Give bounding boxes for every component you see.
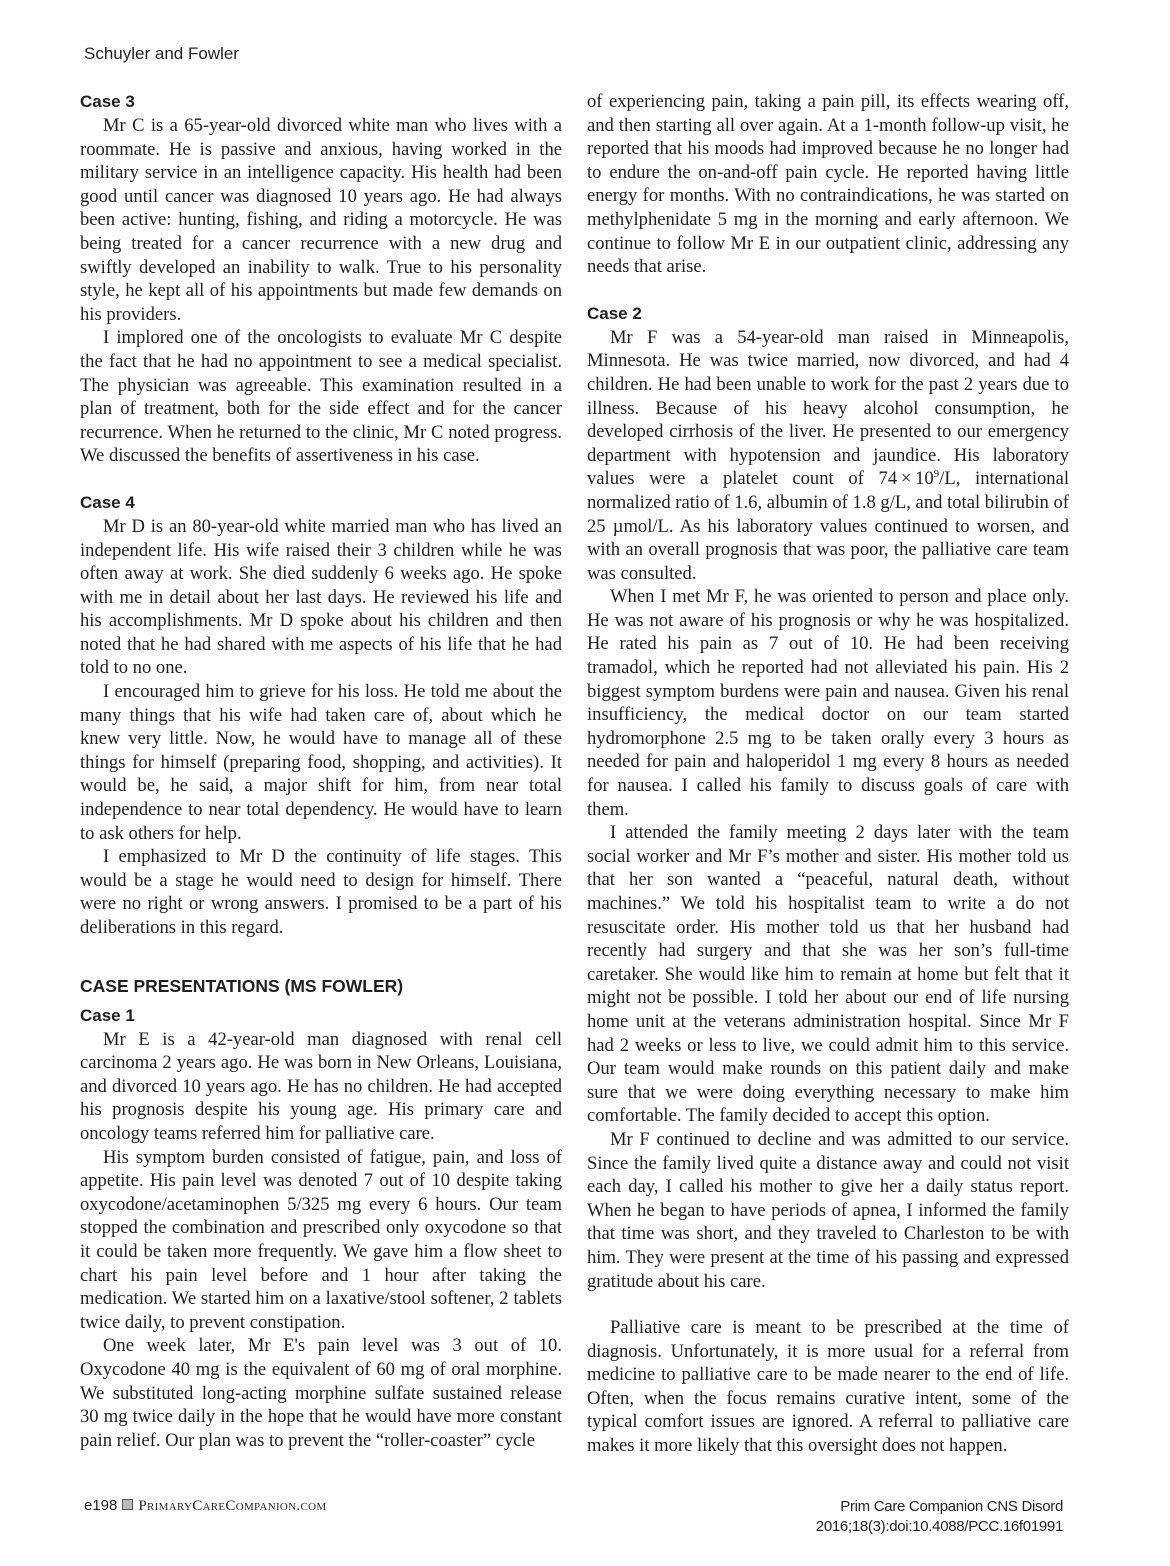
case-1-continuation: of experiencing pain, taking a pain pill… (587, 90, 1069, 279)
case-3-paragraph: Mr C is a 65-year-old divorced white man… (80, 114, 562, 326)
case-4-paragraph: I encouraged him to grieve for his loss.… (80, 680, 562, 845)
closing-paragraph: Palliative care is meant to be prescribe… (587, 1316, 1069, 1458)
journal-name: Prim Care Companion CNS Disord (816, 1497, 1063, 1517)
left-column: Case 3 Mr C is a 65-year-old divorced wh… (80, 90, 562, 1452)
journal-website: PrimaryCareCompanion.com (138, 1498, 326, 1514)
footer-right: Prim Care Companion CNS Disord 2016;18(3… (816, 1497, 1063, 1537)
case-4-paragraph: I emphasized to Mr D the continuity of l… (80, 845, 562, 939)
running-head: Schuyler and Fowler (84, 44, 239, 64)
citation-doi: 2016;18(3):doi:10.4088/PCC.16f01991 (816, 1517, 1063, 1537)
footer-left: e198PrimaryCareCompanion.com (84, 1497, 326, 1515)
case-2-paragraph: Mr F was a 54-year-old man raised in Min… (587, 326, 1069, 586)
case-3-heading: Case 3 (80, 90, 562, 114)
case-4-paragraph: Mr D is an 80-year-old white married man… (80, 515, 562, 680)
case-4-heading: Case 4 (80, 491, 562, 515)
case-1-heading: Case 1 (80, 1004, 562, 1028)
case-2-paragraph: Mr F continued to decline and was admitt… (587, 1128, 1069, 1293)
right-column: of experiencing pain, taking a pain pill… (587, 90, 1069, 1458)
section-heading: CASE PRESENTATIONS (MS FOWLER) (80, 974, 562, 998)
square-bullet-icon (122, 1499, 133, 1510)
case-2-heading: Case 2 (587, 302, 1069, 326)
case-1-paragraph: Mr E is a 42-year-old man diagnosed with… (80, 1028, 562, 1146)
page-number: e198 (84, 1497, 117, 1514)
case-2-paragraph: When I met Mr F, he was oriented to pers… (587, 585, 1069, 821)
case-1-paragraph: His symptom burden consisted of fatigue,… (80, 1146, 562, 1335)
case-1-paragraph: One week later, Mr E's pain level was 3 … (80, 1334, 562, 1452)
case-3-paragraph: I implored one of the oncologists to eva… (80, 326, 562, 468)
case-2-paragraph: I attended the family meeting 2 days lat… (587, 821, 1069, 1128)
